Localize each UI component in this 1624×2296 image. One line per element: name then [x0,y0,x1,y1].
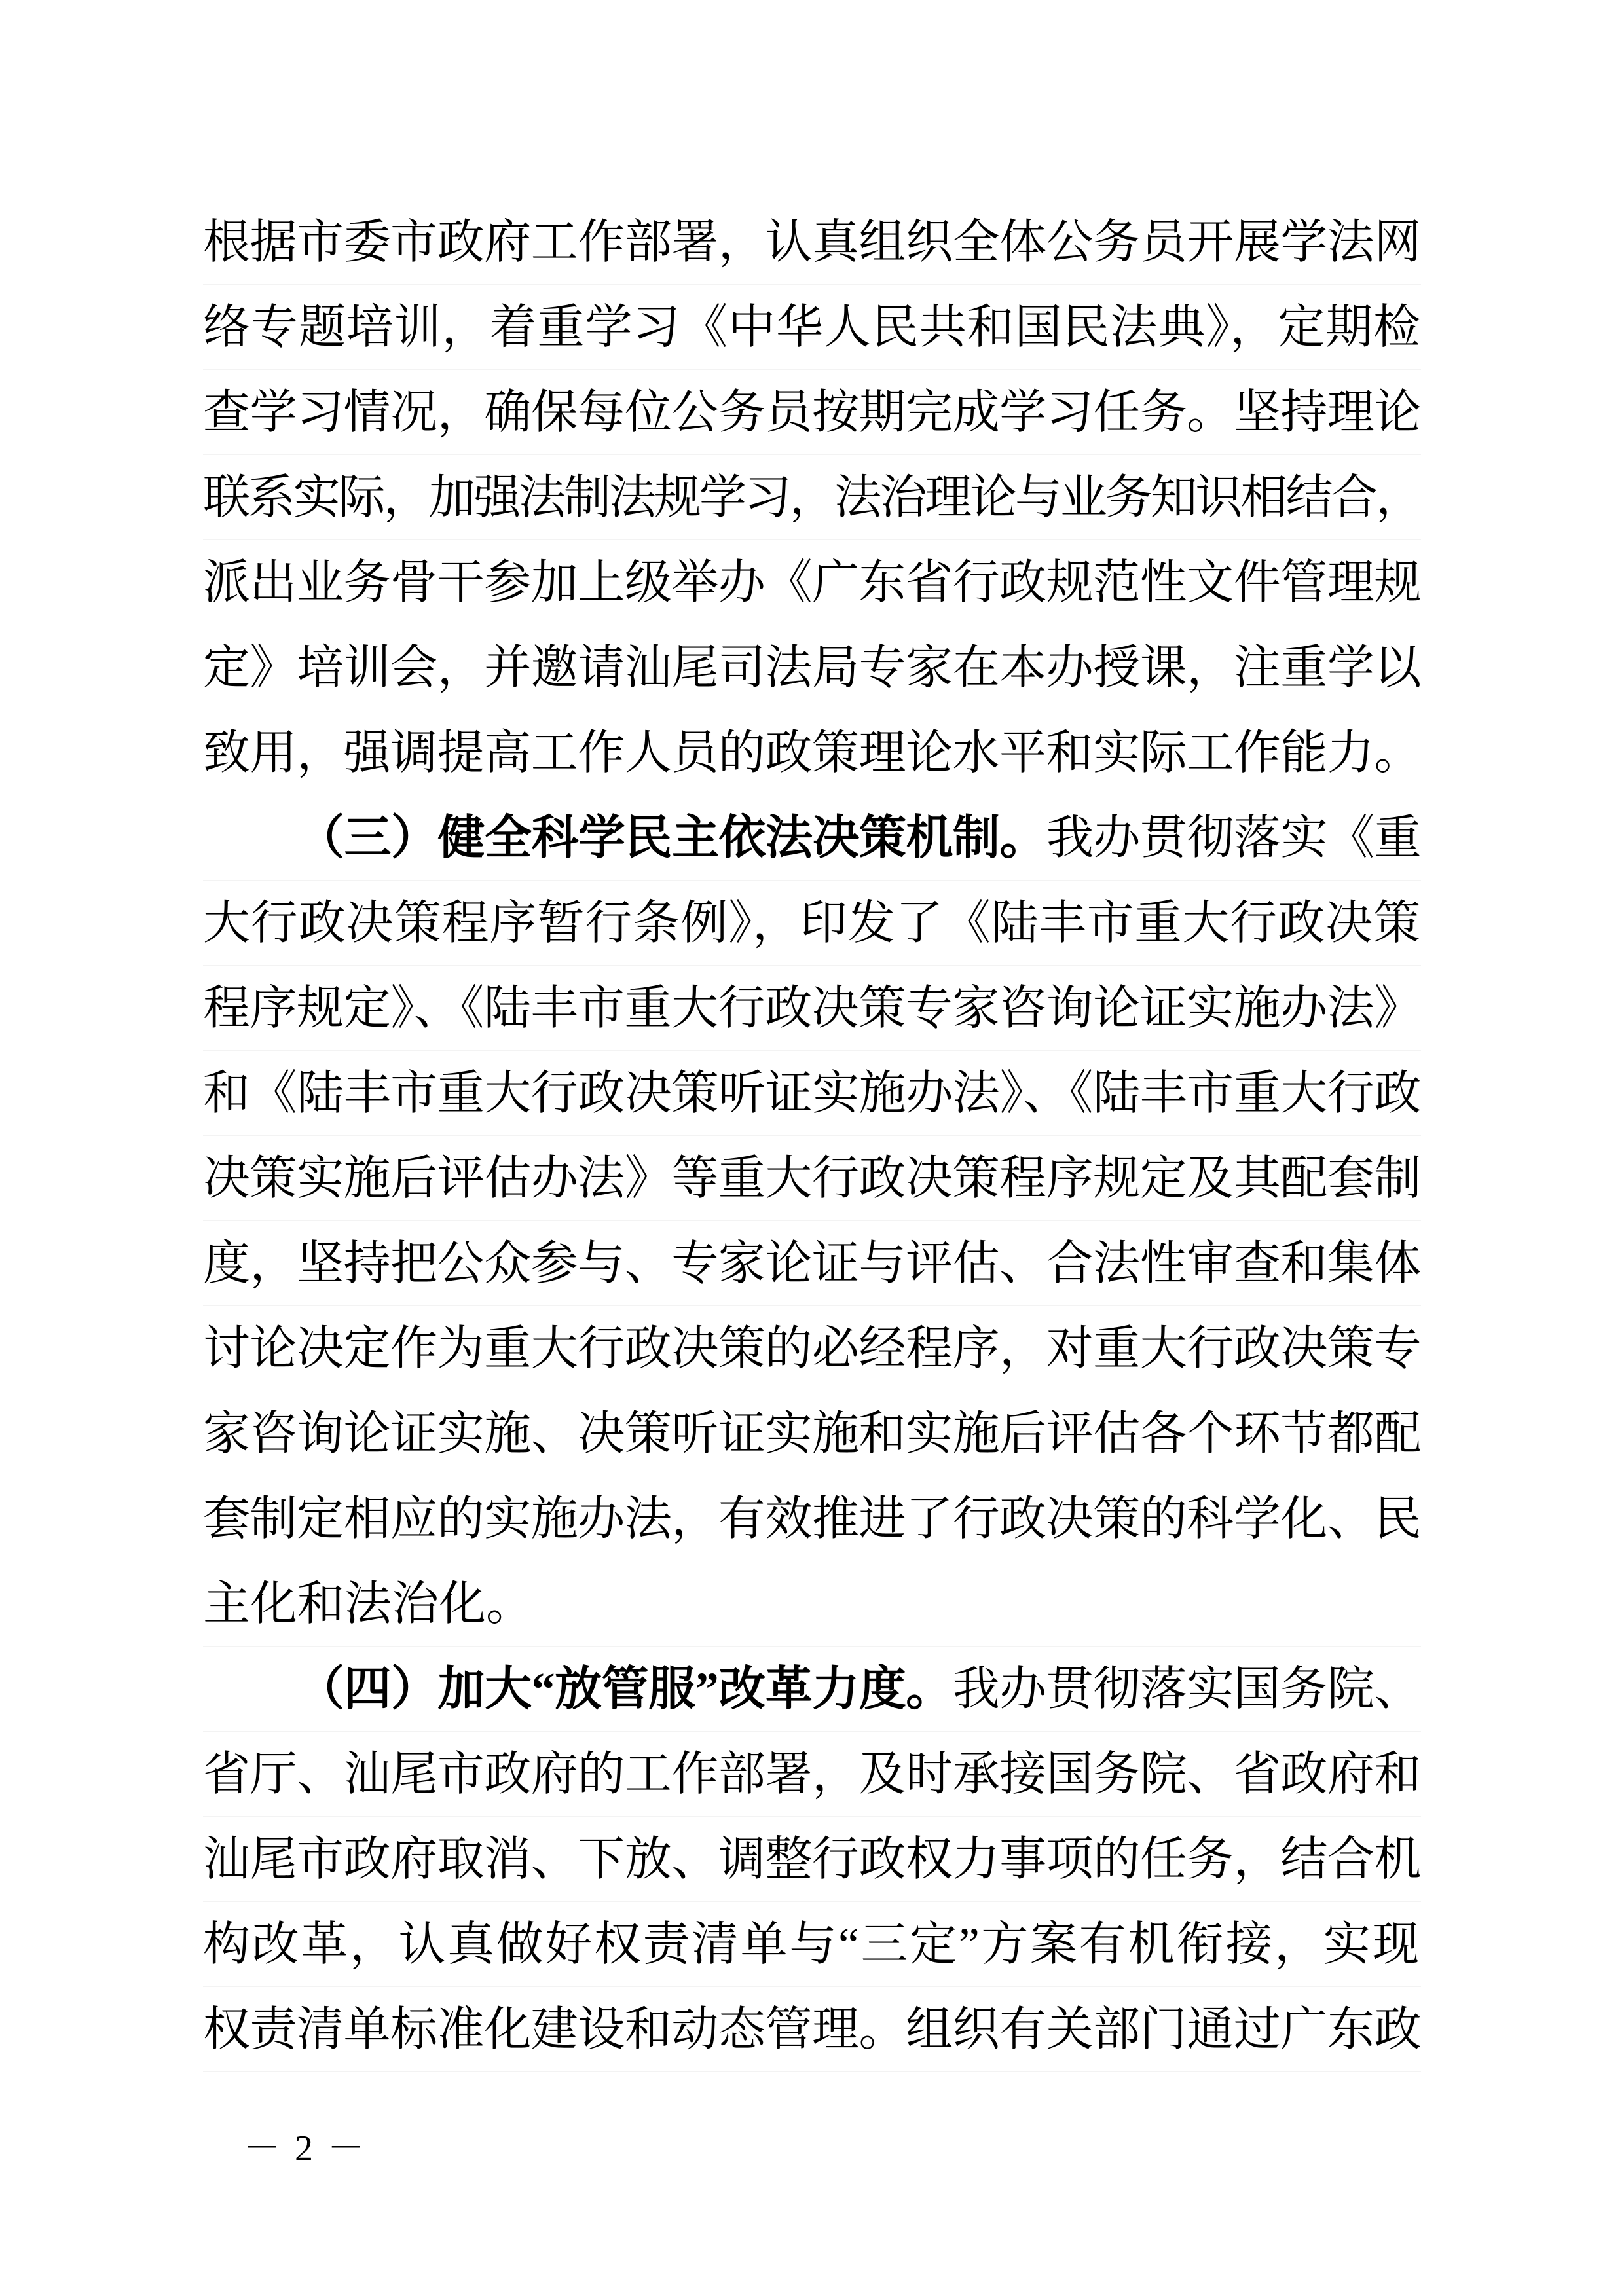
paragraph-text: 程序规定》、《陆丰市重大行政决策专家咨询论证实施办法》 [203,966,1421,1051]
section-heading: （三）健全科学民主依法决策机制。 [297,812,1046,864]
paragraph-section-3: （三）健全科学民主依法决策机制。我办贯彻落实《重 大行政决策程序暂行条例》，印发… [203,795,1421,1647]
paragraph-line: 查学习情况，确保每位公务员按期完成学习任务。坚持理论 [203,370,1421,455]
paragraph-text: 派出业务骨干参加上级举办《广东省行政规范性文件管理规 [203,540,1421,625]
document-page: 根据市委市政府工作部署，认真组织全体公务员开展学法网 络专题培训，着重学习《中华… [0,0,1624,2296]
paragraph-line: 派出业务骨干参加上级举办《广东省行政规范性文件管理规 [203,540,1421,625]
paragraph-text: 讨论决定作为重大行政决策的必经程序，对重大行政决策专 [203,1306,1421,1391]
paragraph-text: 根据市委市政府工作部署，认真组织全体公务员开展学法网 [203,200,1421,285]
paragraph-text: 决策实施后评估办法》等重大行政决策程序规定及其配套制 [203,1136,1421,1221]
paragraph-text: 络专题培训，着重学习《中华人民共和国民法典》，定期检 [203,285,1421,370]
page-number: － 2 － [244,2128,367,2170]
paragraph-text: 大行政决策程序暂行条例》，印发了《陆丰市重大行政决策 [203,881,1421,966]
paragraph-line: 构改革，认真做好权责清单与“三定”方案有机衔接，实现 [203,1902,1421,1987]
paragraph-text: 权责清单标准化建设和动态管理。组织有关部门通过广东政 [203,1987,1421,2072]
section-heading: （四）加大“放管服”改革力度。 [297,1663,953,1715]
paragraph-text: 度，坚持把公众参与、专家论证与评估、合法性审查和集体 [203,1221,1421,1306]
paragraph-line: 联系实际，加强法制法规学习，法治理论与业务知识相结合， [203,455,1421,540]
paragraph-line: 省厅、汕尾市政府的工作部署，及时承接国务院、省政府和 [203,1732,1421,1817]
paragraph-continuation: 根据市委市政府工作部署，认真组织全体公务员开展学法网 络专题培训，着重学习《中华… [203,200,1421,795]
paragraph-line: （三）健全科学民主依法决策机制。我办贯彻落实《重 [203,795,1421,881]
paragraph-text: 联系实际，加强法制法规学习，法治理论与业务知识相结合， [203,455,1421,540]
paragraph-line: （四）加大“放管服”改革力度。我办贯彻落实国务院、 [203,1647,1421,1732]
paragraph-text: 家咨询论证实施、决策听证实施和实施后评估各个环节都配 [203,1391,1421,1476]
paragraph-line: 家咨询论证实施、决策听证实施和实施后评估各个环节都配 [203,1391,1421,1476]
paragraph-text: 套制定相应的实施办法，有效推进了行政决策的科学化、民 [203,1476,1421,1561]
paragraph-text: 汕尾市政府取消、下放、调整行政权力事项的任务，结合机 [203,1817,1421,1902]
paragraph-line: 致用，强调提高工作人员的政策理论水平和实际工作能力。 [203,710,1421,795]
paragraph-line: 度，坚持把公众参与、专家论证与评估、合法性审查和集体 [203,1221,1421,1306]
paragraph-line: 套制定相应的实施办法，有效推进了行政决策的科学化、民 [203,1476,1421,1561]
paragraph-line: 程序规定》、《陆丰市重大行政决策专家咨询论证实施办法》 [203,966,1421,1051]
paragraph-text: 我办贯彻落实《重 [1046,812,1421,864]
paragraph-section-4: （四）加大“放管服”改革力度。我办贯彻落实国务院、 省厅、汕尾市政府的工作部署，… [203,1647,1421,2072]
paragraph-line: 主化和法治化。 [203,1561,1421,1647]
paragraph-text: 定》培训会，并邀请汕尾司法局专家在本办授课，注重学以 [203,625,1421,710]
paragraph-line: 权责清单标准化建设和动态管理。组织有关部门通过广东政 [203,1987,1421,2072]
paragraph-line: 大行政决策程序暂行条例》，印发了《陆丰市重大行政决策 [203,881,1421,966]
paragraph-text: 和《陆丰市重大行政决策听证实施办法》、《陆丰市重大行政 [203,1051,1421,1136]
paragraph-text: 构改革，认真做好权责清单与“三定”方案有机衔接，实现 [203,1902,1421,1987]
paragraph-text: 省厅、汕尾市政府的工作部署，及时承接国务院、省政府和 [203,1732,1421,1817]
paragraph-line: 和《陆丰市重大行政决策听证实施办法》、《陆丰市重大行政 [203,1051,1421,1136]
paragraph-line: 根据市委市政府工作部署，认真组织全体公务员开展学法网 [203,200,1421,285]
paragraph-line: 络专题培训，着重学习《中华人民共和国民法典》，定期检 [203,285,1421,370]
paragraph-text: 查学习情况，确保每位公务员按期完成学习任务。坚持理论 [203,370,1421,455]
paragraph-line: 讨论决定作为重大行政决策的必经程序，对重大行政决策专 [203,1306,1421,1391]
paragraph-line: 定》培训会，并邀请汕尾司法局专家在本办授课，注重学以 [203,625,1421,710]
paragraph-line: 决策实施后评估办法》等重大行政决策程序规定及其配套制 [203,1136,1421,1221]
paragraph-text: 我办贯彻落实国务院、 [953,1663,1421,1715]
text-body: 根据市委市政府工作部署，认真组织全体公务员开展学法网 络专题培训，着重学习《中华… [203,200,1421,2072]
paragraph-text: 主化和法治化。 [203,1561,533,1647]
paragraph-line: 汕尾市政府取消、下放、调整行政权力事项的任务，结合机 [203,1817,1421,1902]
paragraph-text: 致用，强调提高工作人员的政策理论水平和实际工作能力。 [203,710,1421,795]
